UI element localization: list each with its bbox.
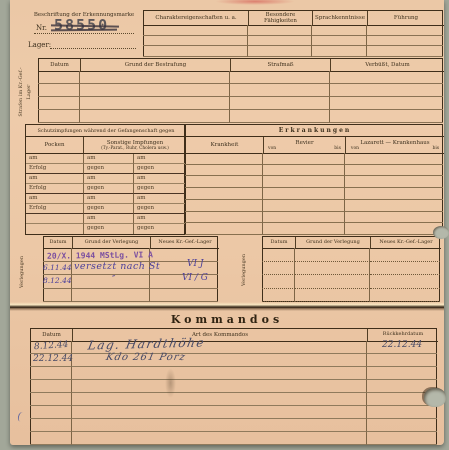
grid-cell (185, 188, 263, 200)
bis-label: bis (334, 146, 341, 151)
grid-cell (143, 36, 248, 47)
transfer-row-camp: VI J (187, 259, 204, 269)
impf-cell: am (84, 174, 134, 184)
impf-cell: gegen (134, 224, 186, 234)
impfungen-title: Schutzimpfungen während der Gefangenscha… (26, 125, 186, 137)
grid-cell (248, 36, 312, 47)
grid-cell (185, 200, 263, 212)
impf-cell: am (84, 154, 134, 164)
grid-cell (367, 354, 437, 367)
grid-cell (143, 46, 248, 57)
nr-label: Nr. (36, 24, 47, 32)
grid-cell (248, 25, 312, 36)
grid-cell (263, 188, 345, 200)
grid-cell (72, 275, 150, 289)
grid-cell (30, 393, 72, 406)
grid-cell (38, 97, 80, 110)
transfer-row-date: 6.11.44 (43, 263, 72, 272)
grid-cell (295, 248, 370, 262)
grid-cell (262, 262, 295, 276)
red-ink-mark (215, 0, 295, 5)
grid-cell (295, 262, 370, 276)
grid-cell (185, 153, 263, 165)
impf-cell: gegen (84, 184, 134, 194)
grid-cell (230, 71, 330, 84)
grid-cell (370, 275, 440, 289)
grid-cell (72, 393, 367, 406)
impf-cell: am (134, 214, 186, 224)
impf-cell: am (26, 154, 84, 164)
kommandos-title: Kommandos (10, 313, 444, 326)
grid-cell (30, 380, 72, 393)
grid-cell (30, 367, 72, 380)
impf-cell: gegen (84, 204, 134, 214)
bis-label: bis (432, 146, 439, 151)
grid-cell (248, 46, 312, 57)
impf-cell: gegen (84, 164, 134, 174)
lazarett-col-header: Lazarett — Krankenhaus von bis (346, 137, 444, 154)
card-edge-shadow (10, 302, 444, 311)
impf-cell: gegen (134, 164, 186, 174)
kommandos-empty-rows (30, 341, 437, 445)
grid-cell (345, 188, 443, 200)
grid-cell (262, 248, 295, 262)
impf-cell: gegen (84, 224, 134, 234)
grid-cell (330, 110, 443, 123)
grid-cell (80, 110, 230, 123)
impf-cell: Erfolg (26, 184, 84, 194)
verlegungen-side-label-right: Verlegungen (241, 245, 253, 295)
grid-cell (367, 367, 437, 380)
number-rule-line (34, 33, 134, 34)
traits-empty-rows (143, 25, 443, 57)
impfungen-table: Schutzimpfungen während der Gefangenscha… (25, 124, 185, 235)
grid-cell (30, 419, 72, 432)
impf-cell: am (26, 174, 84, 184)
verlegungen-right-rows (262, 248, 440, 302)
impf-cell: gegen (134, 204, 186, 214)
grid-cell (150, 248, 218, 262)
grid-cell (185, 223, 263, 235)
impf-cell (26, 224, 84, 234)
punch-hole-torn (424, 388, 446, 407)
krankheit-col-header: Krankheit (186, 137, 264, 154)
grid-cell (30, 406, 72, 419)
grid-cell (185, 165, 263, 177)
traits-col-header: Besondere Fähigkeiten (249, 11, 313, 26)
grid-cell (38, 71, 80, 84)
kommando-row-date: 22.12.44 (33, 354, 73, 364)
grid-cell (345, 153, 443, 165)
traits-col-header: Führung (368, 11, 444, 26)
grid-cell (367, 406, 437, 419)
grid-cell (263, 176, 345, 188)
grid-cell (230, 110, 330, 123)
grid-cell (367, 419, 437, 432)
erkrankungen-title: Erkrankungen (186, 125, 444, 137)
impf-cell: gegen (134, 184, 186, 194)
impf-cell: am (134, 194, 186, 204)
strafen-empty-rows (38, 71, 443, 123)
grid-cell (72, 380, 367, 393)
grid-cell (43, 289, 72, 303)
grid-cell (345, 176, 443, 188)
kommando-row-return-date: 22.12.44 (382, 340, 422, 350)
grid-cell (72, 432, 367, 445)
impf-cell: am (84, 194, 134, 204)
grid-cell (312, 25, 367, 36)
grid-cell (295, 275, 370, 289)
grid-cell (312, 46, 367, 57)
von-label: von (268, 146, 276, 151)
impf-cell: Erfolg (26, 164, 84, 174)
transfer-row-reason-ditto: ″ (112, 275, 115, 285)
strafen-side-label: Strafen im Kr.-Gef.-Lager (18, 62, 34, 122)
grid-cell (295, 289, 370, 303)
grid-cell (72, 367, 367, 380)
grid-cell (143, 25, 248, 36)
grid-cell (80, 84, 230, 97)
grid-cell (38, 110, 80, 123)
grid-cell (345, 165, 443, 177)
lager-label: Lager: (28, 41, 51, 49)
ink-smudge (165, 368, 176, 398)
pocken-col-header: Pocken (26, 137, 84, 154)
traits-col-header: Charaktereigenschaften u. a. (144, 11, 249, 26)
grid-cell (370, 248, 440, 262)
grid-cell (370, 262, 440, 276)
scanned-pow-record-card: { "colors": { "paper": "#ecc9a7", "scann… (0, 0, 449, 450)
grid-cell (263, 153, 345, 165)
revier-col-header: Revier von bis (264, 137, 346, 154)
grid-cell (185, 176, 263, 188)
impf-cell: am (134, 174, 186, 184)
grid-cell (312, 36, 367, 47)
grid-cell (72, 419, 367, 432)
record-card: Beschriftung der Erkennungsmarke Nr. 585… (10, 0, 444, 445)
impf-cell: Erfolg (26, 204, 84, 214)
grid-cell (230, 97, 330, 110)
grid-cell (367, 36, 443, 47)
grid-cell (185, 212, 263, 224)
punch-hole (433, 226, 449, 239)
kommando-row-art: Kdo 261 Porz (105, 352, 187, 363)
grid-cell (330, 71, 443, 84)
lager-rule-line (50, 48, 136, 49)
sonstige-sublabel: (Ty.-Parat., Ruhr, Cholera usw.) (101, 146, 169, 151)
grid-cell (263, 223, 345, 235)
impf-cell: am (84, 214, 134, 224)
grid-cell (263, 165, 345, 177)
transfer-date-stamp: 20/X. 1944 MStLg. VI A (47, 250, 153, 260)
transfer-row-date: 8.12.44 (43, 276, 72, 285)
grid-cell (80, 97, 230, 110)
grid-cell (345, 212, 443, 224)
grid-cell (330, 84, 443, 97)
grid-cell (262, 275, 295, 289)
grid-cell (330, 97, 443, 110)
grid-cell (370, 289, 440, 303)
grid-cell (367, 46, 443, 57)
grid-cell (367, 432, 437, 445)
grid-cell (367, 25, 443, 36)
traits-col-header: Sprachkenntnisse (313, 11, 368, 26)
transfer-row-camp: VI / G (182, 273, 208, 283)
impf-cell (26, 214, 84, 224)
grid-cell (345, 223, 443, 235)
grid-cell (80, 71, 230, 84)
grid-cell (263, 200, 345, 212)
grid-cell (30, 432, 72, 445)
grid-cell (263, 212, 345, 224)
erkrankungen-empty-rows (185, 153, 443, 235)
grid-cell (262, 289, 295, 303)
von-label: von (351, 146, 359, 151)
grid-cell (38, 84, 80, 97)
transfer-row-reason: versetzt nach St (74, 261, 160, 272)
blue-pen-mark (17, 411, 26, 422)
impf-cell: am (26, 194, 84, 204)
grid-cell (72, 289, 150, 303)
grid-cell (230, 84, 330, 97)
impf-cell: am (134, 154, 186, 164)
sonstige-impfungen-col-header: Sonstige Impfungen (Ty.-Parat., Ruhr, Ch… (84, 137, 186, 154)
grid-cell (72, 406, 367, 419)
verlegungen-side-label-left: Verlegungen (19, 247, 31, 297)
grid-cell (345, 200, 443, 212)
grid-cell (150, 289, 218, 303)
